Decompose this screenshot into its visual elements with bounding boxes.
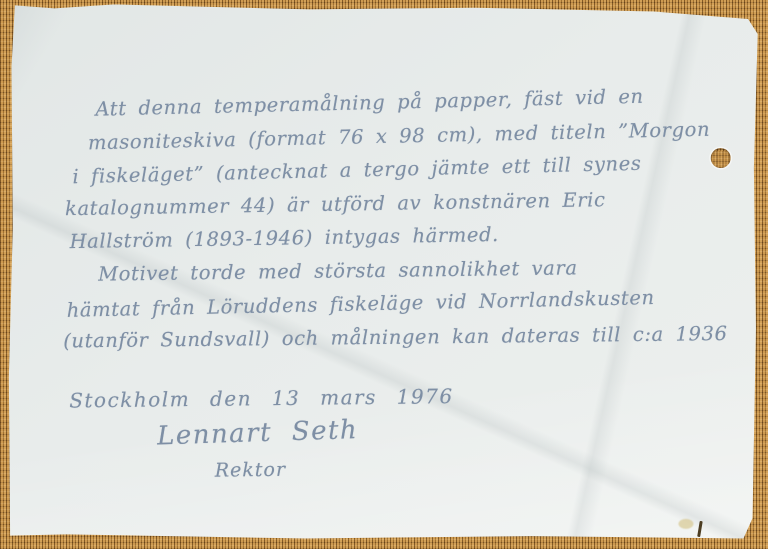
punched-hole (711, 148, 731, 168)
signature: Lennart Seth (157, 415, 359, 451)
signature-title: Rektor (215, 459, 286, 482)
paper-stain (678, 519, 693, 529)
dateline: Stockholm den 13 mars 1976 (69, 384, 454, 412)
staple-mark (697, 521, 702, 537)
photo-of-mounted-document: Att denna temperamålning på papper, fäst… (0, 0, 768, 549)
certificate-body: Att denna temperamålning på papper, fäst… (9, 80, 762, 360)
handwritten-certificate-paper: Att denna temperamålning på papper, fäst… (6, 3, 758, 543)
